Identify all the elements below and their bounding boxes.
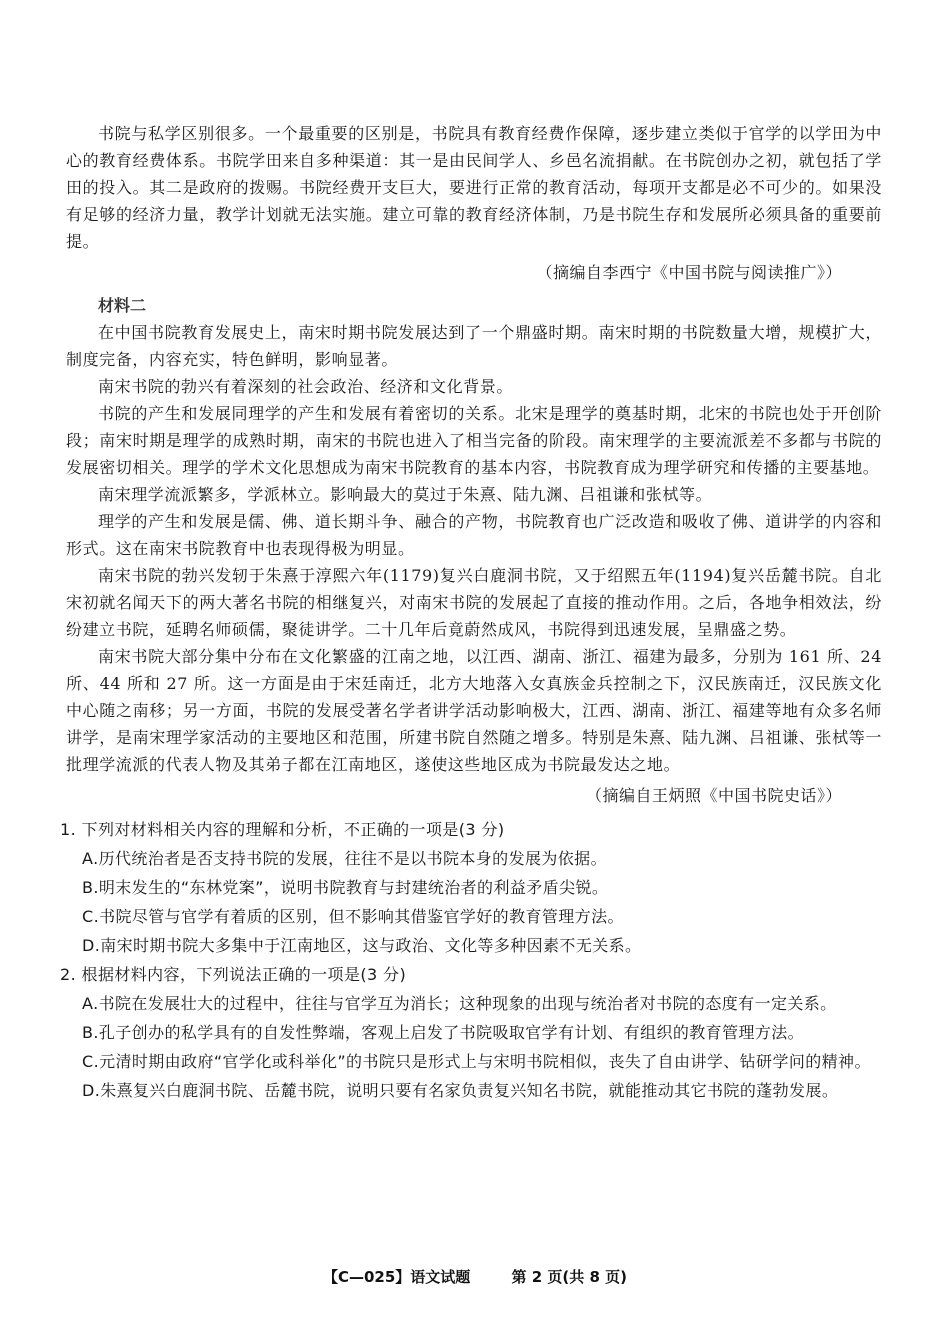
material-two-paragraph: 南宋书院大部分集中分布在文化繁盛的江南之地，以江西、湖南、浙江、福建为最多，分别… <box>66 643 882 778</box>
material-two-source: （摘编自王炳照《中国书院史话》） <box>66 782 882 809</box>
question-1: 1. 下列对材料相关内容的理解和分析，不正确的一项是(3 分) A. 历代统治者… <box>66 815 882 960</box>
material-two-heading: 材料二 <box>66 292 882 319</box>
option-letter: D. <box>82 1076 100 1105</box>
material-two-paragraph: 南宋书院的勃兴有着深刻的社会政治、经济和文化背景。 <box>66 373 882 400</box>
material-one-paragraph: 书院与私学区别很多。一个最重要的区别是，书院具有教育经费作保障，逐步建立类似于官… <box>66 120 882 255</box>
question-stem: 1. 下列对材料相关内容的理解和分析，不正确的一项是(3 分) <box>60 815 882 844</box>
option-c: C. 元清时期由政府“官学化或科举化”的书院只是形式上与宋明书院相似，丧失了自由… <box>82 1047 882 1076</box>
option-d: D. 朱熹复兴白鹿洞书院、岳麓书院，说明只要有名家负责复兴知名书院，就能推动其它… <box>82 1076 882 1105</box>
material-two-paragraph: 书院的产生和发展同理学的产生和发展有着密切的关系。北宋是理学的奠基时期，北宋的书… <box>66 400 882 481</box>
option-text: 明末发生的“东林党案”，说明书院教育与封建统治者的利益矛盾尖锐。 <box>99 873 882 902</box>
option-c: C. 书院尽管与官学有着质的区别，但不影响其借鉴官学好的教育管理方法。 <box>82 902 882 931</box>
material-one-source: （摘编自李西宁《中国书院与阅读推广》） <box>66 259 882 286</box>
material-one: 书院与私学区别很多。一个最重要的区别是，书院具有教育经费作保障，逐步建立类似于官… <box>66 120 882 286</box>
option-letter: A. <box>82 989 99 1018</box>
option-text: 南宋时期书院大多集中于江南地区，这与政治、文化等多种因素不无关系。 <box>100 931 882 960</box>
material-two: 材料二 在中国书院教育发展史上，南宋时期书院发展达到了一个鼎盛时期。南宋时期的书… <box>66 292 882 809</box>
option-letter: D. <box>82 931 100 960</box>
exam-page: 书院与私学区别很多。一个最重要的区别是，书院具有教育经费作保障，逐步建立类似于官… <box>66 120 882 1105</box>
option-text: 孔子创办的私学具有的自发性弊端，客观上启发了书院吸取官学有计划、有组织的教育管理… <box>99 1018 882 1047</box>
option-text: 朱熹复兴白鹿洞书院、岳麓书院，说明只要有名家负责复兴知名书院，就能推动其它书院的… <box>100 1076 882 1105</box>
question-stem: 2. 根据材料内容，下列说法正确的一项是(3 分) <box>60 960 882 989</box>
material-two-paragraph: 南宋理学流派繁多，学派林立。影响最大的莫过于朱熹、陆九渊、吕祖谦和张栻等。 <box>66 481 882 508</box>
option-b: B. 明末发生的“东林党案”，说明书院教育与封建统治者的利益矛盾尖锐。 <box>82 873 882 902</box>
option-text: 书院在发展壮大的过程中，往往与官学互为消长；这种现象的出现与统治者对书院的态度有… <box>99 989 882 1018</box>
page-number: 第 2 页(共 8 页) <box>512 1268 627 1286</box>
page-footer: 【C—025】语文试题 第 2 页(共 8 页) <box>0 1266 950 1287</box>
option-a: A. 书院在发展壮大的过程中，往往与官学互为消长；这种现象的出现与统治者对书院的… <box>82 989 882 1018</box>
material-two-paragraph: 南宋书院的勃兴发轫于朱熹于淳熙六年(1179)复兴白鹿洞书院，又于绍熙五年(11… <box>66 562 882 643</box>
material-two-paragraph: 理学的产生和发展是儒、佛、道长期斗争、融合的产物，书院教育也广泛改造和吸收了佛、… <box>66 508 882 562</box>
option-b: B. 孔子创办的私学具有的自发性弊端，客观上启发了书院吸取官学有计划、有组织的教… <box>82 1018 882 1047</box>
option-text: 元清时期由政府“官学化或科举化”的书院只是形式上与宋明书院相似，丧失了自由讲学、… <box>99 1047 882 1076</box>
material-two-paragraph: 在中国书院教育发展史上，南宋时期书院发展达到了一个鼎盛时期。南宋时期的书院数量大… <box>66 319 882 373</box>
option-letter: C. <box>82 1047 99 1076</box>
question-2: 2. 根据材料内容，下列说法正确的一项是(3 分) A. 书院在发展壮大的过程中… <box>66 960 882 1105</box>
option-d: D. 南宋时期书院大多集中于江南地区，这与政治、文化等多种因素不无关系。 <box>82 931 882 960</box>
option-letter: C. <box>82 902 99 931</box>
option-letter: B. <box>82 873 99 902</box>
exam-code-subject: 【C—025】语文试题 <box>323 1268 470 1286</box>
option-text: 书院尽管与官学有着质的区别，但不影响其借鉴官学好的教育管理方法。 <box>99 902 882 931</box>
option-a: A. 历代统治者是否支持书院的发展，往往不是以书院本身的发展为依据。 <box>82 844 882 873</box>
option-letter: A. <box>82 844 99 873</box>
option-text: 历代统治者是否支持书院的发展，往往不是以书院本身的发展为依据。 <box>99 844 882 873</box>
option-letter: B. <box>82 1018 99 1047</box>
